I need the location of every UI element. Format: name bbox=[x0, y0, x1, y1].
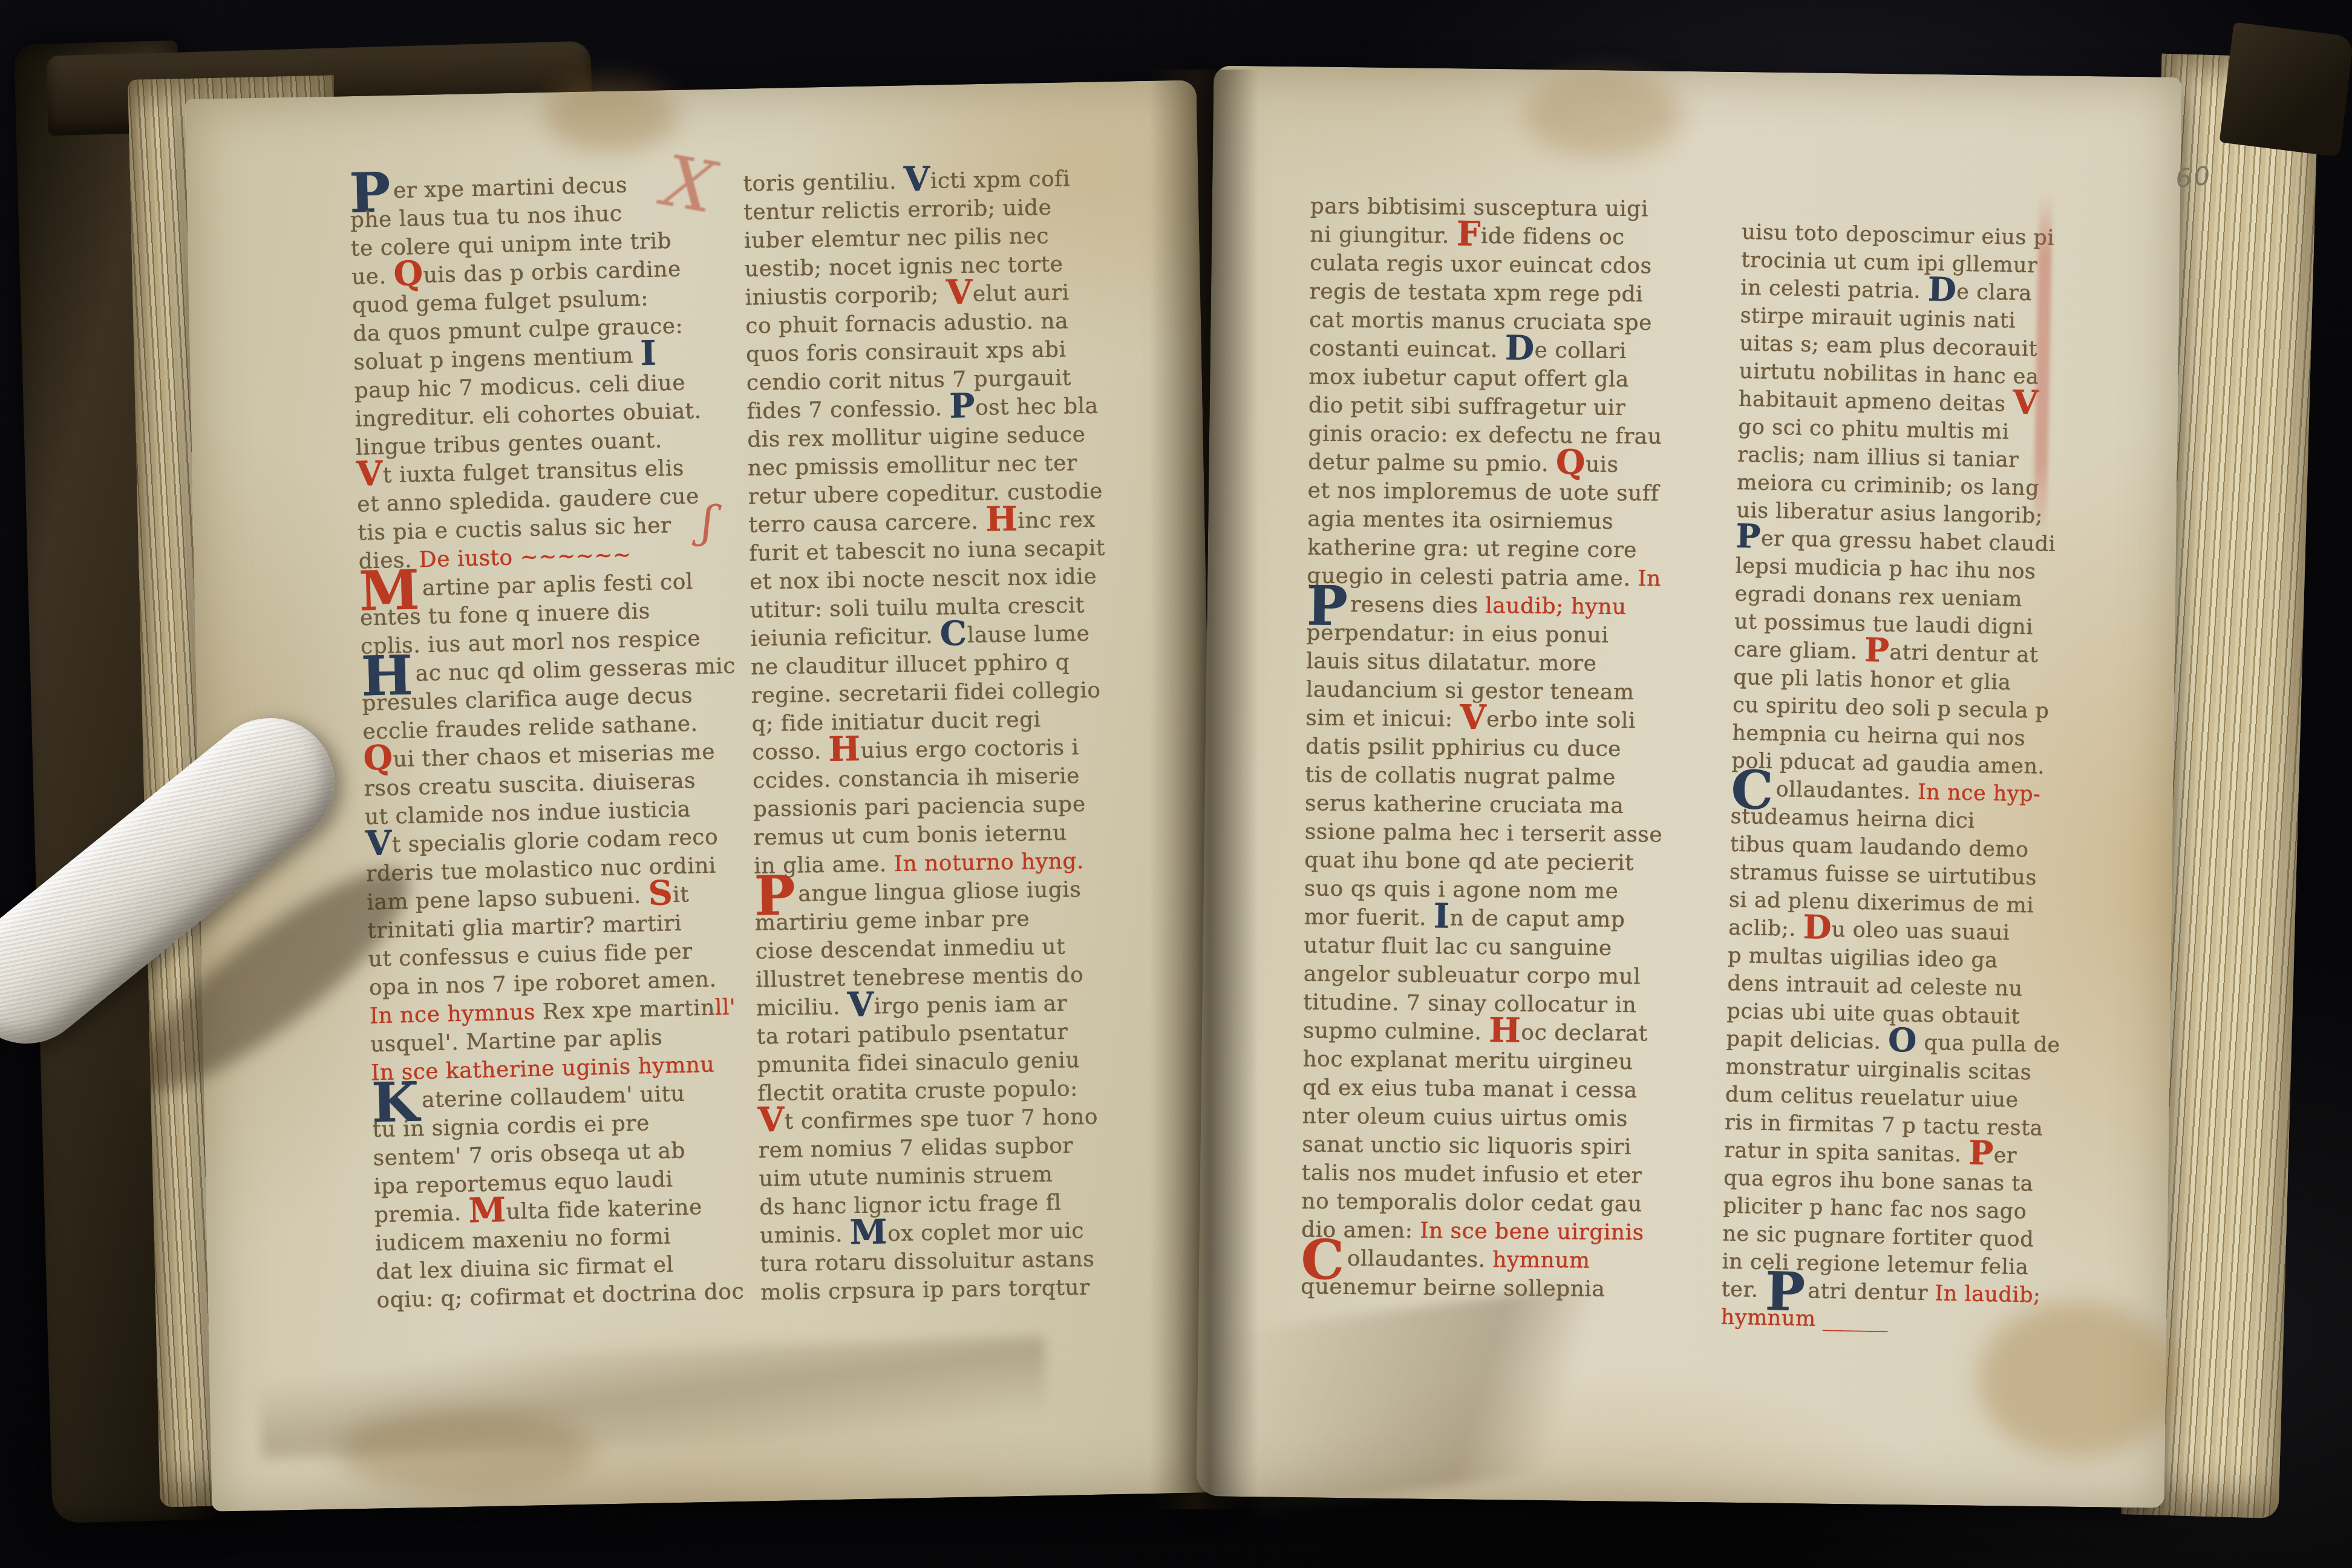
body-text: dum celitus reuelatur uiue bbox=[1725, 1083, 2019, 1112]
illuminated-initial: K bbox=[371, 1102, 419, 1103]
body-text: angue lingua gliose iugis bbox=[798, 877, 1082, 906]
body-text: cendio corit nitus 7 purgauit bbox=[746, 365, 1071, 395]
body-text: regis de testata xpm rege pdi bbox=[1309, 279, 1643, 307]
illuminated-initial: H bbox=[985, 520, 1018, 520]
body-text: er qua gressu habet claudi bbox=[1760, 527, 2056, 557]
body-text: ccides. constancia ih miserie bbox=[753, 763, 1080, 793]
body-text: uirtutu nobilitas in hanc ea bbox=[1739, 359, 2039, 390]
body-text: pliciter p hanc fac nos sago bbox=[1723, 1194, 2027, 1224]
body-text: utatur fluit lac cu sanguine bbox=[1304, 933, 1612, 960]
body-text: uitas s; eam plus decorauit bbox=[1739, 332, 2037, 361]
rubric-text: In noturno hyng. bbox=[893, 849, 1084, 877]
body-text: mor fuerit. bbox=[1304, 904, 1434, 930]
body-text: ssione palma hec i terserit asse bbox=[1305, 819, 1663, 847]
body-text: sanat unctio sic liquoris spiri bbox=[1302, 1132, 1632, 1160]
body-text: qd ex eius tuba manat i cessa bbox=[1302, 1075, 1638, 1103]
illuminated-initial: M bbox=[469, 1210, 506, 1212]
body-text: remus ut cum bonis ieternu bbox=[753, 820, 1067, 850]
leather-cover-corner bbox=[2220, 22, 2352, 157]
body-text: illustret tenebrese mentis do bbox=[756, 962, 1083, 993]
manuscript-line: Presens dies laudib; hynu bbox=[1307, 590, 1665, 621]
body-text: uis liberatur asius langorib; bbox=[1736, 498, 2043, 529]
rubric-text: ll' bbox=[714, 995, 736, 1021]
parchment-stain bbox=[1524, 73, 1682, 157]
body-text: ue. bbox=[351, 264, 394, 290]
manuscript-line: supmo culmine. Hoc declarat bbox=[1303, 1016, 1661, 1048]
illuminated-initial: M bbox=[850, 1233, 887, 1233]
body-text: quos foris consirauit xps abi bbox=[746, 337, 1067, 367]
body-text: n de caput amp bbox=[1449, 906, 1625, 933]
illuminated-initial: V bbox=[848, 1005, 874, 1006]
body-text: uminis. bbox=[760, 1222, 851, 1248]
body-text: go sci co phitu multis mi bbox=[1738, 415, 2010, 445]
body-text: quat ihu bone qd ate pecierit bbox=[1304, 848, 1634, 875]
illuminated-initial: P bbox=[1765, 1292, 1805, 1292]
text-column-left-2: toris gentiliu. Victi xpm cofitentur rel… bbox=[743, 164, 1117, 1307]
manuscript-line: quenemur beirne sollepnia bbox=[1301, 1272, 1659, 1304]
manuscript-line: regis de testata xpm rege pdi bbox=[1309, 277, 1667, 309]
body-text: dis rex mollitur uigine seduce bbox=[747, 422, 1086, 452]
body-text: resens dies bbox=[1350, 592, 1486, 618]
body-text: uis das p orbis cardine bbox=[423, 256, 681, 287]
manuscript-line: tis de collatis nugrat palme bbox=[1305, 760, 1663, 792]
body-text: in celesti patria. bbox=[1740, 276, 1928, 304]
body-text: atri dentur bbox=[1808, 1279, 1935, 1305]
body-text: ox coplet mor uic bbox=[887, 1218, 1084, 1246]
body-text: elut auri bbox=[972, 280, 1069, 307]
body-text: ds hanc lignor ictu frage fl bbox=[759, 1191, 1062, 1220]
illuminated-initial: V bbox=[356, 474, 383, 475]
illuminated-initial: P bbox=[754, 895, 795, 896]
manuscript-line: dio petit sibi suffragetur uir bbox=[1308, 391, 1667, 422]
body-text: raclis; nam illius si taniar bbox=[1737, 443, 2019, 472]
body-text: egradi donans rex ueniam bbox=[1734, 582, 2022, 612]
illuminated-initial: D bbox=[1928, 289, 1957, 290]
body-text: er xpe martini decus bbox=[393, 173, 627, 203]
body-text: monstratur uirginalis scitas bbox=[1725, 1055, 2031, 1085]
body-text: p multas uigilias ideo ga bbox=[1728, 944, 1998, 973]
body-text: hempnia cu heirna qui nos bbox=[1732, 721, 2026, 751]
body-text: ta rotari patibulo psentatur bbox=[756, 1019, 1068, 1049]
body-text: irgo penis iam ar bbox=[874, 991, 1067, 1019]
body-text: tis de collatis nugrat palme bbox=[1305, 762, 1616, 789]
manuscript-line: guegio in celesti patria ame. In bbox=[1307, 561, 1665, 593]
body-text: atri dentur at bbox=[1889, 641, 2039, 668]
body-text: detur palme su pmio. bbox=[1308, 449, 1556, 477]
body-text: ide fidens oc bbox=[1481, 224, 1625, 250]
body-text: meiora cu criminib; os lang bbox=[1737, 471, 2039, 501]
manuscript-line: suo qs quis i agone nom me bbox=[1304, 874, 1662, 906]
rubric-text: laudib; hynu bbox=[1485, 593, 1627, 619]
book-gutter-shadow bbox=[1149, 70, 1258, 1509]
body-text: terro causa carcere. bbox=[748, 509, 985, 538]
body-text: furit et tabescit no iuna secapit bbox=[749, 535, 1105, 566]
body-text: guegio in celesti patria ame. bbox=[1307, 563, 1638, 591]
rubric-text: hymnum ______ bbox=[1720, 1305, 1888, 1333]
body-text: stirpe mirauit uginis nati bbox=[1740, 304, 2016, 333]
body-text: katherine gra: ut regine core bbox=[1307, 535, 1637, 563]
manuscript-line: ginis oracio: ex defectu ne frau bbox=[1308, 419, 1666, 451]
body-text: lauis situs dilatatur. more bbox=[1306, 648, 1597, 676]
body-text: co phuit fornacis adustio. na bbox=[745, 309, 1068, 338]
illuminated-initial: I bbox=[641, 354, 657, 354]
manuscript-line: ssione palma hec i terserit asse bbox=[1305, 817, 1663, 849]
body-text: molis crpsura ip pars torqtur bbox=[760, 1275, 1090, 1305]
body-text: ieiunia reficitur. bbox=[750, 624, 940, 652]
body-text: habitauit apmeno deitas bbox=[1739, 387, 2013, 417]
body-text: qua pulla de bbox=[1916, 1031, 2060, 1058]
body-text: si ad plenu dixerimus de mi bbox=[1729, 888, 2034, 918]
illuminated-initial: V bbox=[904, 180, 930, 180]
illuminated-initial: P bbox=[350, 192, 391, 194]
manuscript-line: regine. secretarii fidei collegio bbox=[751, 676, 1108, 710]
body-text: ris in firmitas 7 p tactu resta bbox=[1725, 1111, 2043, 1141]
body-text: titudine. 7 sinay collocatur in bbox=[1303, 990, 1636, 1018]
body-text: rem nomius 7 elidas supbor bbox=[758, 1133, 1073, 1163]
body-text: hoc explanat meritu uirgineu bbox=[1302, 1047, 1633, 1074]
body-text: iam pene lapso subueni. bbox=[367, 883, 648, 915]
rubric-text: In nce hyp- bbox=[1917, 780, 2040, 807]
body-text: toris gentiliu. bbox=[743, 169, 904, 197]
rubric-text: In laudib; bbox=[1935, 1281, 2041, 1307]
body-text: no temporalis dolor cedat gau bbox=[1301, 1189, 1642, 1217]
body-text: pmunita fidei sinaculo geniu bbox=[757, 1048, 1080, 1077]
rubric-text: In nce hymnus bbox=[370, 1000, 536, 1029]
body-text: utitur: soli tuilu multa crescit bbox=[750, 593, 1085, 623]
manuscript-line: qd ex eius tuba manat i cessa bbox=[1302, 1073, 1661, 1105]
body-text: costanti euincat. bbox=[1309, 336, 1505, 362]
body-text: tibus quam laudando demo bbox=[1730, 832, 2029, 862]
manuscript-line: mor fuerit. In de caput amp bbox=[1304, 903, 1662, 934]
body-text: erbo inte soli bbox=[1486, 707, 1636, 733]
body-text: qua egros ihu bone sanas ta bbox=[1723, 1166, 2034, 1197]
body-text: q; fide initiatur ducit regi bbox=[751, 707, 1041, 737]
body-text: er bbox=[1993, 1143, 2017, 1168]
body-text: ginis oracio: ex defectu ne frau bbox=[1308, 421, 1662, 449]
manuscript-line: serus katherine cruciata ma bbox=[1305, 789, 1663, 820]
body-text: uisu toto deposcimur eius pi bbox=[1742, 220, 2055, 250]
illuminated-initial: V bbox=[758, 1120, 785, 1121]
illuminated-initial: V bbox=[365, 844, 392, 844]
manuscript-line: quat ihu bone qd ate pecierit bbox=[1304, 846, 1662, 877]
illuminated-initial: P bbox=[1736, 536, 1761, 537]
manuscript-line: cat mortis manus cruciata spe bbox=[1309, 305, 1667, 337]
body-text: t confirmes spe tuor 7 hono bbox=[784, 1105, 1098, 1134]
body-text: uim utute numinis struem bbox=[759, 1162, 1053, 1192]
body-text: Rex xpe martin bbox=[535, 995, 715, 1024]
manuscript-line: ni giungitur. Fide fidens oc bbox=[1310, 220, 1668, 252]
manuscript-line: molis crpsura ip pars torqtur bbox=[760, 1273, 1117, 1307]
illuminated-initial: V bbox=[946, 293, 973, 293]
body-text: ost hec bla bbox=[975, 394, 1099, 420]
body-text: premia. bbox=[374, 1201, 469, 1228]
body-text: uestib; nocet ignis nec torte bbox=[745, 252, 1063, 281]
body-text: angelor subleuatur corpo mul bbox=[1304, 961, 1641, 989]
folio-number: 60 bbox=[2174, 160, 2214, 194]
body-text: martiriu geme inbar pre bbox=[755, 906, 1030, 935]
body-text: cosso. bbox=[752, 739, 829, 765]
body-text: passionis pari paciencia supe bbox=[753, 792, 1086, 822]
manuscript-line: lauis situs dilatatur. more bbox=[1306, 647, 1664, 678]
body-text: supmo culmine. bbox=[1303, 1018, 1489, 1045]
manuscript-line: talis nos mudet infusio et eter bbox=[1302, 1158, 1660, 1190]
manuscript-line: no temporalis dolor cedat gau bbox=[1301, 1187, 1659, 1218]
body-text: mox iubetur caput offert gla bbox=[1308, 364, 1629, 392]
body-text: aclib;. bbox=[1728, 916, 1803, 941]
body-text: tentur relictis errorib; uide bbox=[743, 195, 1052, 225]
body-text: oc declarat bbox=[1521, 1021, 1648, 1047]
body-text: it bbox=[673, 882, 690, 907]
manuscript-line: detur palme su pmio. Quis bbox=[1308, 448, 1666, 479]
body-text: e clara bbox=[1956, 280, 2032, 305]
manuscript-line: rem nomius 7 elidas supbor bbox=[758, 1131, 1114, 1165]
illuminated-initial: P bbox=[1307, 606, 1348, 606]
body-text: retur ubere copeditur. custodie bbox=[748, 479, 1103, 509]
body-text: ciose descendat inmediu ut bbox=[755, 935, 1065, 964]
manuscript-line: nter oleum cuius uirtus omis bbox=[1302, 1102, 1660, 1133]
body-text: uis bbox=[1586, 452, 1619, 477]
body-text: ne sic pugnare fortiter quod bbox=[1722, 1222, 2034, 1252]
parchment-stain bbox=[544, 79, 678, 151]
body-text: ni giungitur. bbox=[1310, 222, 1457, 248]
body-text: cu spiritu deo soli p secula p bbox=[1733, 693, 2050, 724]
manuscript-line: katherine gra: ut regine core bbox=[1307, 533, 1665, 564]
body-text: serus katherine cruciata ma bbox=[1305, 791, 1624, 818]
rubric-text: hymnum bbox=[1492, 1247, 1590, 1273]
body-text: agia mentes ita osirniemus bbox=[1307, 506, 1613, 534]
body-text: u oleo uas suaui bbox=[1832, 918, 2010, 946]
illuminated-initial: P bbox=[949, 407, 975, 407]
text-column-right-1: pars bibtisimi susceptura uigini giungit… bbox=[1301, 192, 1668, 1304]
manuscript-line: culata regis uxor euincat cdos bbox=[1310, 249, 1668, 280]
body-text: nter oleum cuius uirtus omis bbox=[1302, 1103, 1628, 1131]
illuminated-initial: O bbox=[1888, 1040, 1917, 1040]
illuminated-initial: S bbox=[648, 894, 673, 895]
illuminated-initial: P bbox=[1864, 650, 1889, 650]
body-text: cat mortis manus cruciata spe bbox=[1309, 307, 1652, 335]
illuminated-initial: D bbox=[1803, 927, 1832, 927]
illuminated-initial: P bbox=[1968, 1153, 1993, 1154]
body-text: talis nos mudet infusio et eter bbox=[1302, 1160, 1642, 1188]
body-text: pcias ubi uite quas obtauit bbox=[1726, 999, 2020, 1029]
illuminated-initial: H bbox=[829, 750, 861, 750]
rubric-text: De iusto ~~~~~~ bbox=[419, 543, 632, 573]
body-text: icti xpm cofi bbox=[930, 166, 1070, 194]
body-text: ne clauditur illucet pphiro q bbox=[751, 650, 1070, 679]
body-text: sim et inicui: bbox=[1305, 705, 1460, 731]
body-text: regine. secretarii fidei collegio bbox=[751, 678, 1101, 708]
body-text: studeamus heirna dici bbox=[1730, 805, 1975, 834]
body-text: et nos imploremus de uote suff bbox=[1308, 478, 1659, 506]
illuminated-initial: M bbox=[359, 590, 420, 591]
body-text: quenemur beirne sollepnia bbox=[1301, 1274, 1606, 1301]
manuscript-line: sim et inicui: Verbo inte soli bbox=[1305, 704, 1664, 735]
body-text: ratur in spita sanitas. bbox=[1724, 1138, 1969, 1168]
manuscript-line: Collaudantes. hymnum bbox=[1301, 1244, 1659, 1275]
manuscript-line: utatur fluit lac cu sanguine bbox=[1304, 931, 1662, 962]
body-text: aterine collaudem' uitu bbox=[422, 1082, 685, 1113]
body-text: perpendatur: in eius ponui bbox=[1306, 620, 1609, 647]
body-text: inc rex bbox=[1018, 508, 1096, 534]
illuminated-initial: C bbox=[1731, 790, 1774, 791]
text-column-left-1: Per xpe martini decusphe laus tua tu nos… bbox=[349, 169, 751, 1315]
illuminated-initial: Q bbox=[364, 759, 393, 759]
body-text: dio petit sibi suffragetur uir bbox=[1308, 393, 1626, 420]
manuscript-line: angelor subleuatur corpo mul bbox=[1304, 959, 1662, 991]
body-text: et nox ibi nocte nescit nox idie bbox=[750, 564, 1097, 595]
body-text: suo qs quis i agone nom me bbox=[1304, 876, 1619, 904]
body-text: ter. bbox=[1721, 1278, 1765, 1302]
body-text: uius ergo coctoris i bbox=[860, 735, 1079, 763]
body-text: que pli latis honor et glia bbox=[1733, 665, 2011, 695]
illuminated-initial: Q bbox=[393, 274, 423, 275]
body-text: fides 7 confessio. bbox=[746, 396, 950, 423]
body-text: poli pducat ad gaudia amen. bbox=[1731, 749, 2045, 779]
body-text: ollaudantes. bbox=[1347, 1246, 1493, 1272]
body-text: e collari bbox=[1534, 338, 1627, 364]
body-text: papit delicias. bbox=[1726, 1027, 1888, 1054]
manuscript-line: agia mentes ita osirniemus bbox=[1307, 505, 1665, 536]
manuscript-line: titudine. 7 sinay collocatur in bbox=[1303, 988, 1661, 1019]
body-text: trocinia ut cum ipi gllemur bbox=[1741, 248, 2038, 278]
body-text: nec pmissis emollitur nec ter bbox=[748, 451, 1077, 481]
rubric-text: In bbox=[1638, 566, 1661, 591]
body-text: ulta fide katerine bbox=[506, 1195, 702, 1224]
body-text: lause lume bbox=[967, 621, 1089, 648]
illuminated-initial: V bbox=[2013, 402, 2039, 403]
illuminated-initial: C bbox=[940, 634, 967, 635]
manuscript-line: datis psilit pphirius cu duce bbox=[1305, 732, 1664, 763]
body-text: tura rotaru dissoluitur astans bbox=[760, 1247, 1094, 1277]
illuminated-initial: C bbox=[1301, 1259, 1345, 1260]
manuscript-line: sanat unctio sic liquoris spiri bbox=[1302, 1130, 1660, 1161]
manuscript-line: mox iubetur caput offert gla bbox=[1308, 362, 1667, 394]
manuscript-line: dio amen: In sce bene uirginis bbox=[1301, 1215, 1659, 1247]
body-text: culata regis uxor euincat cdos bbox=[1310, 250, 1652, 278]
rubric-text: In sce bene uirginis bbox=[1420, 1218, 1644, 1245]
body-text: care gliam. bbox=[1734, 638, 1865, 664]
manuscript-line: et nos imploremus de uote suff bbox=[1307, 476, 1665, 508]
manuscript-line: costanti euincat. De collari bbox=[1309, 334, 1667, 365]
body-text: artine par aplis festi col bbox=[422, 569, 693, 601]
manuscript-line: pars bibtisimi susceptura uigi bbox=[1310, 192, 1668, 223]
body-text: datis psilit pphirius cu duce bbox=[1305, 734, 1621, 762]
body-text: tu in signia cordis ei pre bbox=[372, 1111, 650, 1142]
manuscript-line: Pangue lingua gliose iugis bbox=[754, 875, 1111, 909]
text-column-right-2: uisu toto deposcimur eius pitrocinia ut … bbox=[1720, 218, 2076, 1338]
photo-canvas: Per xpe martini decusphe laus tua tu nos… bbox=[0, 0, 2352, 1568]
body-text: iniustis corporib; bbox=[745, 282, 946, 310]
body-text: flectit oratita cruste populo: bbox=[757, 1076, 1078, 1106]
body-text: ollaudantes. bbox=[1775, 777, 1918, 804]
body-text: miciliu. bbox=[756, 995, 848, 1021]
body-text: soluat p ingens mentium bbox=[353, 343, 641, 375]
body-text: iuber elemtur nec pilis nec bbox=[744, 224, 1050, 253]
body-text: lepsi mudicia p hac ihu nos bbox=[1735, 554, 2036, 584]
body-text: phe laus tua tu nos ihuc bbox=[350, 201, 622, 233]
illuminated-initial: H bbox=[361, 675, 413, 676]
manuscript-line: hoc explanat meritu uirgineu bbox=[1302, 1045, 1661, 1076]
body-text: stramus fuisse se uirtutibus bbox=[1730, 860, 2037, 890]
manuscript-line: perpendatur: in eius ponui bbox=[1306, 618, 1664, 650]
body-text: dens intrauit ad celeste nu bbox=[1727, 972, 2023, 1001]
